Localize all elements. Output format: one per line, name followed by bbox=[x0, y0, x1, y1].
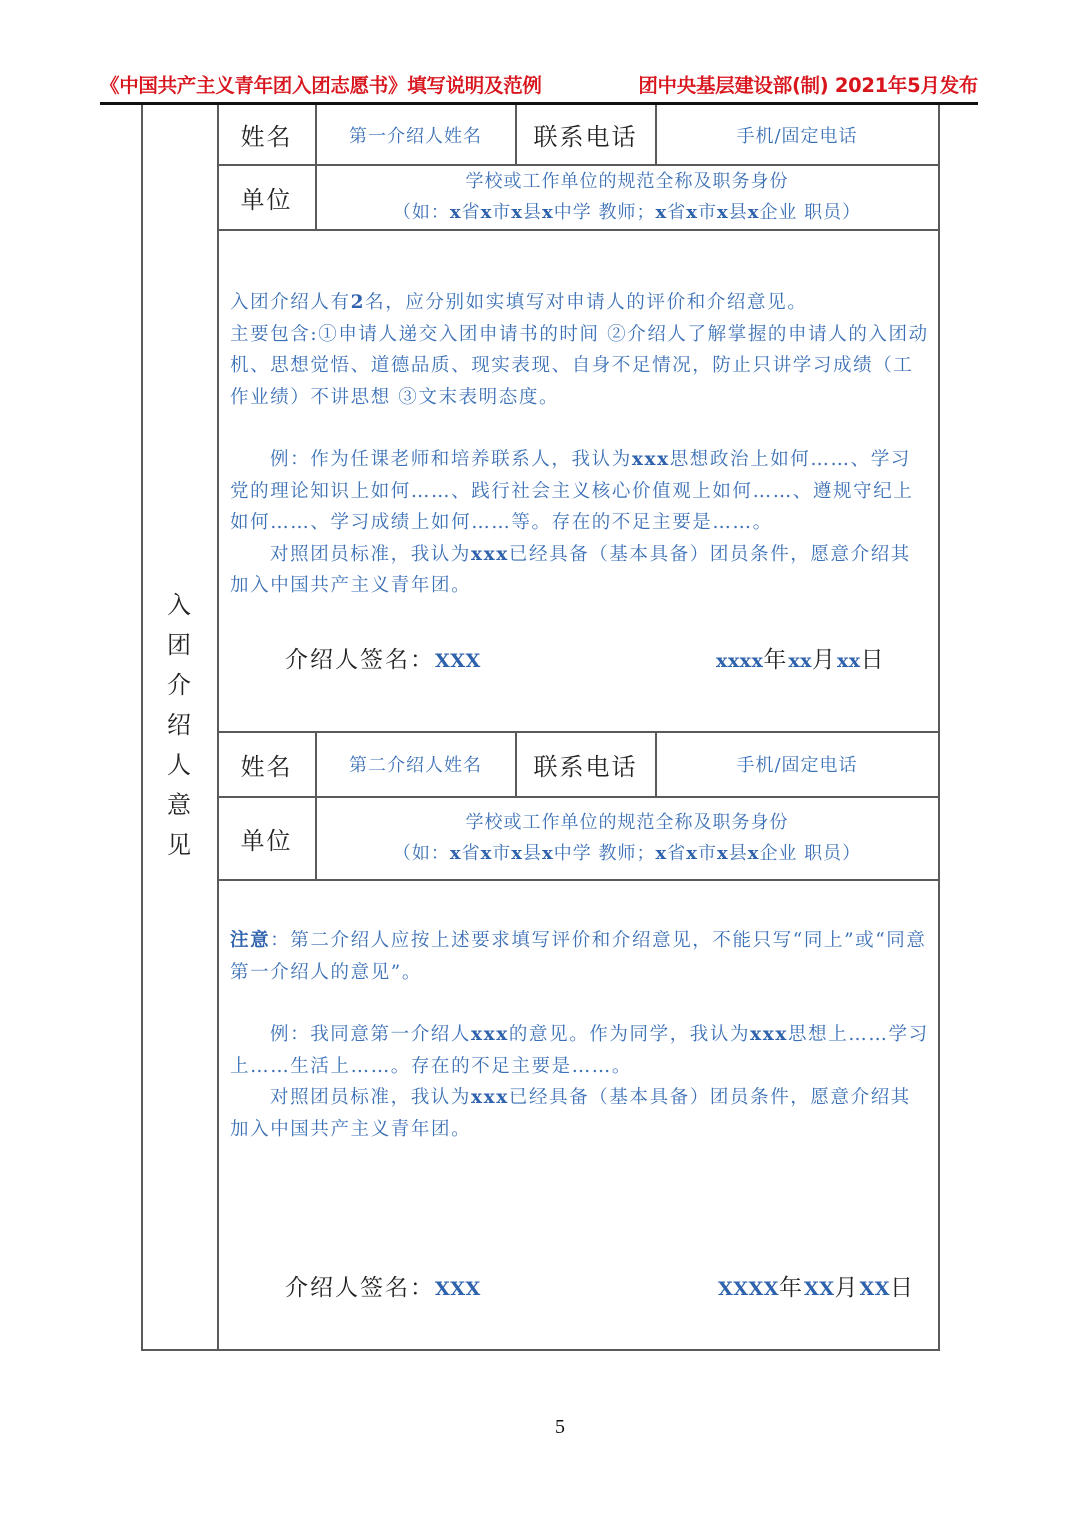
name-label-1: 姓名 bbox=[218, 105, 315, 164]
document-header: 《中国共产主义青年团入团志愿书》填写说明及范例 团中央基层建设部(制) 2021… bbox=[100, 66, 978, 100]
opinion-text-2[interactable]: 注意：第二介绍人应按上述要求填写评价和介绍意见，不能只写“同上”或“同意第一介绍… bbox=[230, 925, 930, 1145]
opinion-text-1[interactable]: 入团介绍人有2名，应分别如实填写对申请人的评价和介绍意见。 主要包含:①申请人递… bbox=[230, 287, 930, 602]
unit-example-2: （如：x省x市x县x中学 教师；x省x市x县x企业 职员） bbox=[393, 838, 861, 869]
phone-label-1: 联系电话 bbox=[516, 105, 655, 164]
phone-field-2[interactable]: 手机/固定电话 bbox=[656, 732, 938, 796]
signature-line-1: 介绍人签名：XXX bbox=[285, 641, 481, 674]
signature-value-2[interactable]: XXX bbox=[435, 1278, 481, 1300]
header-title: 《中国共产主义青年团入团志愿书》填写说明及范例 bbox=[100, 70, 542, 98]
page-number: 5 bbox=[540, 1416, 580, 1439]
note-paragraph: 注意：第二介绍人应按上述要求填写评价和介绍意见，不能只写“同上”或“同意第一介绍… bbox=[230, 925, 930, 988]
signature-value-1[interactable]: XXX bbox=[435, 650, 481, 672]
date-line-2[interactable]: XXXX年XX月XX日 bbox=[718, 1269, 915, 1302]
instruction-contents: 主要包含:①申请人递交入团申请书的时间 ②介绍人了解掌握的申请人的入团动机、思想… bbox=[230, 319, 930, 414]
example-conclusion-2: 对照团员标准，我认为xxx已经具备（基本具备）团员条件，愿意介绍其加入中国共产主… bbox=[230, 1082, 930, 1145]
unit-label-1: 单位 bbox=[218, 165, 315, 229]
unit-label-2: 单位 bbox=[218, 797, 315, 879]
example-paragraph-2: 例：我同意第一介绍人xxx的意见。作为同学，我认为xxx思想上……学习上……生活… bbox=[230, 1019, 930, 1082]
phone-label-2: 联系电话 bbox=[516, 732, 655, 796]
unit-field-1[interactable]: 学校或工作单位的规范全称及职务身份 （如：x省x市x县x中学 教师；x省x市x县… bbox=[316, 165, 938, 229]
unit-field-2[interactable]: 学校或工作单位的规范全称及职务身份 （如：x省x市x县x中学 教师；x省x市x县… bbox=[316, 797, 938, 879]
example-conclusion-1: 对照团员标准，我认为xxx已经具备（基本具备）团员条件，愿意介绍其加入中国共产主… bbox=[230, 539, 930, 602]
unit-example-1: （如：x省x市x县x中学 教师；x省x市x县x企业 职员） bbox=[393, 197, 861, 228]
header-publisher: 团中央基层建设部(制) 2021年5月发布 bbox=[638, 70, 978, 98]
example-paragraph-1: 例：作为任课老师和培养联系人，我认为xxx思想政治上如何……、学习党的理论知识上… bbox=[230, 444, 930, 539]
date-line-1[interactable]: xxxx年xx月xx日 bbox=[716, 641, 886, 674]
instruction-count: 入团介绍人有2名，应分别如实填写对申请人的评价和介绍意见。 bbox=[230, 287, 930, 319]
phone-field-1[interactable]: 手机/固定电话 bbox=[656, 105, 938, 164]
section-label-introducer-opinion: 入 团 介 绍 人 意 见 bbox=[141, 585, 217, 865]
name-label-2: 姓名 bbox=[218, 732, 315, 796]
name-field-1[interactable]: 第一介绍人姓名 bbox=[316, 105, 515, 164]
signature-line-2: 介绍人签名：XXX bbox=[285, 1269, 481, 1302]
name-field-2[interactable]: 第二介绍人姓名 bbox=[316, 732, 515, 796]
